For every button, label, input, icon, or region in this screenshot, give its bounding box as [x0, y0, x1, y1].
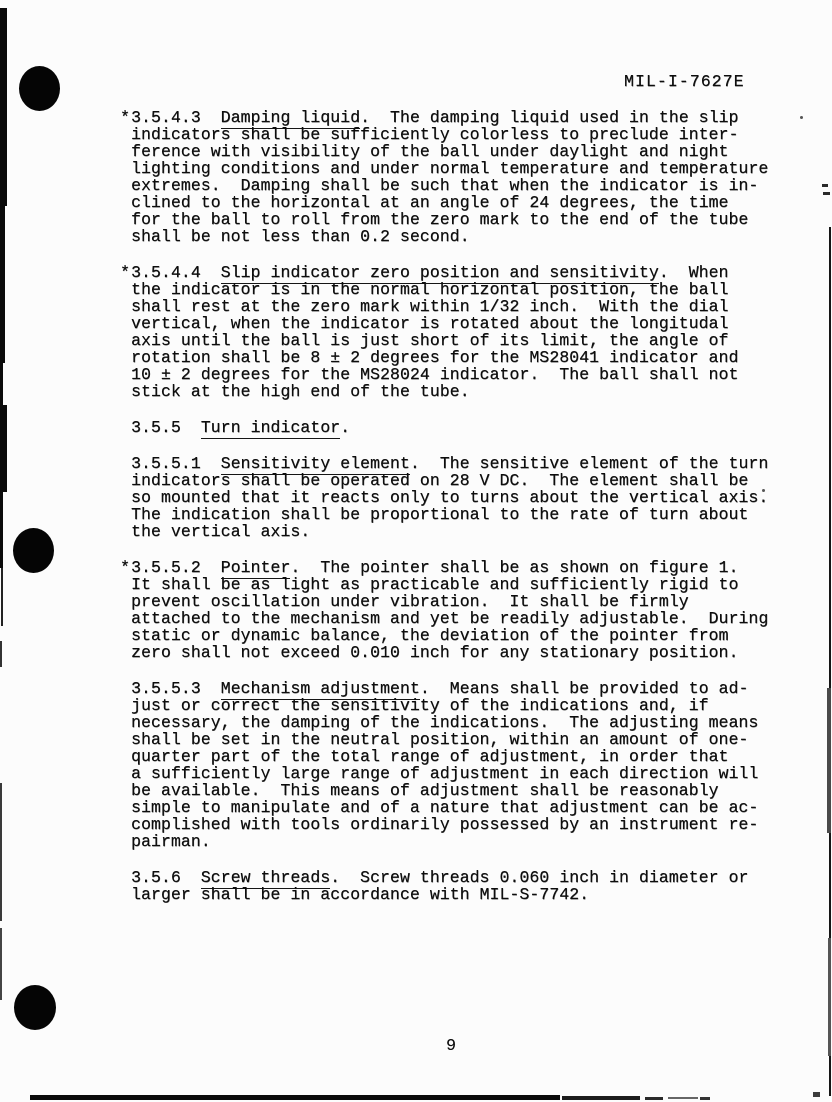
paragraph-line: larger shall be in accordance with MIL-S… [131, 886, 791, 903]
scan-edge-left [0, 8, 7, 206]
change-marker-asterisk: * [120, 109, 130, 126]
scan-tick-mark [823, 192, 830, 195]
paragraph-line: lighting conditions and under normal tem… [131, 160, 791, 177]
punch-hole-middle [13, 528, 54, 573]
paragraph-line: the vertical axis. [131, 523, 791, 540]
paragraph-text: shall be not less than 0.2 second. [131, 227, 470, 246]
scan-edge-left [0, 362, 3, 406]
punch-hole-top [19, 66, 60, 111]
paragraph-line: pairman. [131, 833, 791, 850]
paragraph-line: indicators shall be operated on 28 V DC.… [131, 472, 791, 489]
paragraph-text: stick at the high end of the tube. [131, 382, 470, 401]
section-paragraph: *3.5.5.2 Pointer. The pointer shall be a… [131, 559, 791, 661]
paragraph-line: be available. This means of adjustment s… [131, 782, 791, 799]
paragraph-text: . [340, 418, 350, 437]
paragraph-text: larger shall be in accordance with MIL-S… [131, 885, 589, 904]
paragraph-first-line: *3.5.4.3 Damping liquid. The damping liq… [131, 109, 791, 126]
paragraph-line: necessary, the damping of the indication… [131, 714, 791, 731]
scan-edge-bottom [562, 1096, 640, 1100]
scan-edge-right [828, 938, 831, 1056]
paragraph-line: simple to manipulate and of a nature tha… [131, 799, 791, 816]
paragraph-line: a sufficiently large range of adjustment… [131, 765, 791, 782]
paragraph-line: clined to the horizontal at an angle of … [131, 194, 791, 211]
change-marker-asterisk: * [120, 264, 130, 281]
paragraph-first-line: 3.5.5.1 Sensitivity element. The sensiti… [131, 455, 791, 472]
scan-edge-left [1, 568, 3, 626]
paragraph-line: attached to the mechanism and yet be rea… [131, 610, 791, 627]
document-number: MIL-I-7627E [624, 72, 745, 91]
scan-edge-bottom [645, 1097, 663, 1100]
scan-edge-left [0, 641, 2, 667]
paragraph-line: for the ball to roll from the zero mark … [131, 211, 791, 228]
paragraph-line: just or correct the sensitivity of the i… [131, 697, 791, 714]
page-number: 9 [446, 1036, 456, 1055]
paragraph-line: axis until the ball is just short of its… [131, 332, 791, 349]
section-paragraph: 3.5.5.3 Mechanism adjustment. Means shal… [131, 680, 791, 850]
paragraph-text: complished with tools ordinarily possess… [131, 815, 758, 834]
paragraph-line: It shall be as light as practicable and … [131, 576, 791, 593]
paragraph-line: indicators shall be sufficiently colorle… [131, 126, 791, 143]
paragraph-line: shall be set in the neutral position, wi… [131, 731, 791, 748]
section-paragraph: 3.5.6 Screw threads. Screw threads 0.060… [131, 869, 791, 903]
scan-edge-bottom [30, 1095, 560, 1100]
punch-hole-bottom [14, 985, 56, 1030]
scan-tick-mark [822, 184, 828, 187]
paragraph-line: shall rest at the zero mark within 1/32 … [131, 298, 791, 315]
section-heading: Turn indicator [201, 418, 340, 439]
scan-edge-right [827, 688, 831, 833]
paragraph-line: stick at the high end of the tube. [131, 383, 791, 400]
section-number: 3.5.5 [131, 418, 181, 437]
scan-speck [800, 116, 803, 119]
paragraph-text: pairman. [131, 832, 211, 851]
paragraph-first-line: *3.5.4.4 Slip indicator zero position an… [131, 264, 791, 281]
paragraph-first-line: 3.5.5.3 Mechanism adjustment. Means shal… [131, 680, 791, 697]
paragraph-text: the vertical axis. [131, 522, 310, 541]
scan-edge-bottom [668, 1097, 698, 1099]
document-body: *3.5.4.3 Damping liquid. The damping liq… [131, 109, 791, 922]
section-paragraph: *3.5.4.4 Slip indicator zero position an… [131, 264, 791, 400]
scanned-document-page: MIL-I-7627E *3.5.4.3 Damping liquid. The… [0, 0, 832, 1102]
paragraph-text: zero shall not exceed 0.010 inch for any… [131, 643, 738, 662]
paragraph-line: 10 ± 2 degrees for the MS28024 indicator… [131, 366, 791, 383]
scan-edge-left [0, 205, 5, 363]
scan-edge-left [0, 405, 7, 492]
scan-edge-left [0, 928, 2, 1000]
scan-edge-left [0, 492, 3, 568]
paragraph-line: prevent oscillation under vibration. It … [131, 593, 791, 610]
paragraph-line: zero shall not exceed 0.010 inch for any… [131, 644, 791, 661]
paragraph-first-line: 3.5.6 Screw threads. Screw threads 0.060… [131, 869, 791, 886]
paragraph-first-line: *3.5.5.2 Pointer. The pointer shall be a… [131, 559, 791, 576]
paragraph-line: complished with tools ordinarily possess… [131, 816, 791, 833]
paragraph-line: static or dynamic balance, the deviation… [131, 627, 791, 644]
scan-corner-mark [813, 1092, 820, 1097]
section-paragraph: 3.5.5.1 Sensitivity element. The sensiti… [131, 455, 791, 540]
scan-edge-bottom [700, 1097, 710, 1100]
paragraph-line: vertical, when the indicator is rotated … [131, 315, 791, 332]
paragraph-line: shall be not less than 0.2 second. [131, 228, 791, 245]
paragraph-line: The indication shall be proportional to … [131, 506, 791, 523]
paragraph-line: so mounted that it reacts only to turns … [131, 489, 791, 506]
paragraph-first-line: 3.5.5 Turn indicator. [131, 419, 791, 436]
section-paragraph: 3.5.5 Turn indicator. [131, 419, 791, 436]
paragraph-line: the indicator is in the normal horizonta… [131, 281, 791, 298]
scan-edge-left [0, 783, 2, 921]
paragraph-line: extremes. Damping shall be such that whe… [131, 177, 791, 194]
paragraph-line: rotation shall be 8 ± 2 degrees for the … [131, 349, 791, 366]
paragraph-line: quarter part of the total range of adjus… [131, 748, 791, 765]
section-paragraph: *3.5.4.3 Damping liquid. The damping liq… [131, 109, 791, 245]
change-marker-asterisk: * [120, 559, 130, 576]
section-number-gap [181, 418, 201, 437]
paragraph-line: ference with visibility of the ball unde… [131, 143, 791, 160]
